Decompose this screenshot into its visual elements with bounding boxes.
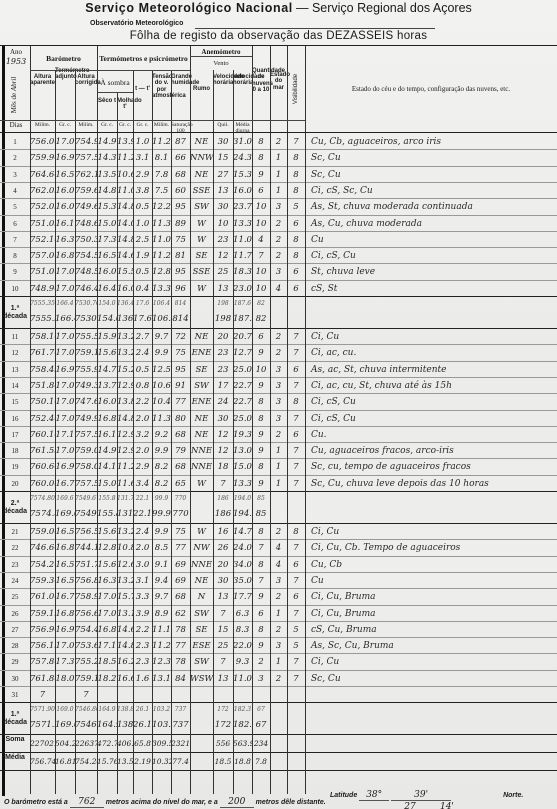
- soma-termo: 504.2: [55, 736, 75, 752]
- cell-mar: 3: [270, 573, 287, 589]
- observatory-line: [195, 28, 435, 29]
- cell-vis: 6: [287, 362, 305, 378]
- cell-nuv: 9: [252, 345, 270, 361]
- cell-dif: 3.2: [133, 427, 152, 443]
- cell-vel: 23: [213, 232, 233, 248]
- cell-mar: 2: [270, 248, 287, 264]
- table-row: 23754.2016.5751.7515.612.63.09.169NNE203…: [0, 557, 557, 573]
- decade3-rumo: [190, 717, 213, 733]
- day-number: 28: [0, 638, 30, 654]
- cell-rumo: SE: [190, 622, 213, 638]
- cell-alt_cor: 746.40: [75, 281, 97, 297]
- cell-nuv: 10: [252, 362, 270, 378]
- day-number: 27: [0, 622, 30, 638]
- cell-tensao: 7.5: [152, 183, 171, 199]
- cell-obs: As, St, chuva moderada continuada: [305, 199, 557, 215]
- cell-alt_ap: 756.15: [30, 638, 55, 654]
- soma-tensao: 309.5: [152, 736, 171, 752]
- table-row: 30761.8018.0759.1518.216.61.613.184WSW13…: [0, 671, 557, 687]
- barometro-header: Barómetro: [30, 55, 97, 63]
- cell-vmed: 13.3: [233, 476, 252, 492]
- table-row: 10748.9017.0746.4016.416.00.413.396W1323…: [0, 281, 557, 297]
- decade1-nuv: 82: [252, 311, 270, 327]
- decade1-vel: 198: [213, 311, 233, 327]
- cell-vis: 6: [287, 281, 305, 297]
- cell-dif: 1.9: [133, 248, 152, 264]
- cell-nuv: 2: [252, 654, 270, 670]
- decade2-molh: 131.7: [117, 506, 133, 522]
- cell-termo: 18.0: [55, 671, 75, 687]
- termometros-header: Termómetros e psicrómetro: [97, 55, 190, 63]
- cell-alt_ap: 751.00: [30, 264, 55, 280]
- cell-hum: 78: [171, 654, 190, 670]
- cell-hum: 68: [171, 459, 190, 475]
- decade2-vmed: 194.0: [233, 506, 252, 522]
- soma-alt_ap: 22702.05: [30, 736, 55, 752]
- cell-obs: Ci, Cu: [305, 329, 557, 345]
- cell-alt_cor: 759.65: [75, 183, 97, 199]
- table-row: 11758.1017.0755.5715.913.22.79.772NE2020…: [0, 329, 557, 345]
- cell-vis: 6: [287, 216, 305, 232]
- cell-vis: 6: [287, 427, 305, 443]
- cell-nuv: 8: [252, 134, 270, 150]
- cell-molh: [117, 687, 133, 703]
- cell-dif: 0.5: [133, 362, 152, 378]
- cell-mar: 1: [270, 654, 287, 670]
- cell-seco: 16.8: [97, 411, 117, 427]
- cell-hum: 84: [171, 671, 190, 687]
- decade2-vel: 186: [213, 494, 233, 503]
- cell-vel: 20: [213, 557, 233, 573]
- cell-vmed: 24.0: [233, 540, 252, 556]
- day-number: 13: [0, 362, 30, 378]
- cell-alt_ap: 754.20: [30, 557, 55, 573]
- decade2-alt_cor: 7549.67: [75, 494, 97, 503]
- cell-termo: 17.0: [55, 443, 75, 459]
- cell-vel: 25: [213, 638, 233, 654]
- cell-alt_cor: 749.90: [75, 411, 97, 427]
- cell-mar: 2: [270, 524, 287, 540]
- cell-tensao: 13.3: [152, 281, 171, 297]
- cell-vel: 23: [213, 362, 233, 378]
- cell-molh: 14.8: [117, 638, 133, 654]
- cell-tensao: 9.7: [152, 329, 171, 345]
- media-molh: 13.56: [117, 754, 133, 770]
- cell-rumo: SSE: [190, 183, 213, 199]
- cell-alt_ap: 762.05: [30, 183, 55, 199]
- cell-mar: 1: [270, 167, 287, 183]
- cell-obs: Ci, cS, Cu: [305, 394, 557, 410]
- cell-rumo: N: [190, 589, 213, 605]
- decade3-hum: 737: [171, 717, 190, 733]
- cell-seco: 15.0: [97, 476, 117, 492]
- cell-obs: St, chuva leve: [305, 264, 557, 280]
- cell-vis: 6: [287, 264, 305, 280]
- cell-nuv: 10: [252, 264, 270, 280]
- observation-sheet: Serviço Meteorológico Nacional — Serviço…: [0, 0, 557, 809]
- cell-vmed: 13.3: [233, 216, 252, 232]
- cell-mar: 2: [270, 216, 287, 232]
- cell-hum: 69: [171, 557, 190, 573]
- cell-hum: 80: [171, 411, 190, 427]
- latitude-degrees: 38°: [359, 790, 389, 801]
- table-row: 5752.0516.0749.6715.314.80.512.295SW3023…: [0, 199, 557, 215]
- cell-alt_ap: 757.00: [30, 248, 55, 264]
- cell-rumo: W: [190, 232, 213, 248]
- column-header-vis: Visibilidade: [293, 69, 299, 109]
- vento-header: Vento: [190, 60, 252, 67]
- cell-vis: 7: [287, 345, 305, 361]
- cell-tensao: 11.0: [152, 232, 171, 248]
- day-number: 2: [0, 150, 30, 166]
- cell-vis: 7: [287, 411, 305, 427]
- cell-vmed: 19.3: [233, 427, 252, 443]
- decade1-vel: 198: [213, 299, 233, 308]
- cell-dif: 2.7: [133, 329, 152, 345]
- cell-alt_cor: 748.66: [75, 216, 97, 232]
- cell-molh: 13.2: [117, 329, 133, 345]
- cell-vmed: 15.0: [233, 459, 252, 475]
- cell-alt_cor: 755.57: [75, 329, 97, 345]
- table-row: 25761.0016.7758.9217.015.73.39.768N1317.…: [0, 589, 557, 605]
- cell-alt_cor: 749.67: [75, 199, 97, 215]
- column-unit-dif: Gr. c.: [133, 122, 152, 128]
- cell-seco: 14.3: [97, 150, 117, 166]
- cell-tensao: 11.3: [152, 216, 171, 232]
- decade1-rumo: [190, 299, 213, 308]
- cell-tensao: 9.1: [152, 557, 171, 573]
- cell-alt_cor: 756.84: [75, 573, 97, 589]
- table-row: 7752.1016.3750.3717.314.82.511.075W2311.…: [0, 232, 557, 248]
- column-unit-alt_ap: Milím.: [30, 122, 55, 128]
- cell-vmed: 15.3: [233, 167, 252, 183]
- cell-nuv: 9: [252, 167, 270, 183]
- cell-termo: 16.3: [55, 232, 75, 248]
- cell-hum: 78: [171, 622, 190, 638]
- cell-tensao: 10.6: [152, 378, 171, 394]
- cell-obs: [305, 687, 557, 703]
- cell-dif: 3.3: [133, 589, 152, 605]
- decade3-vel: 172: [213, 705, 233, 714]
- cell-seco: [97, 687, 117, 703]
- cell-vis: 5: [287, 622, 305, 638]
- cell-obs: Sc, Cu: [305, 150, 557, 166]
- cell-nuv: 7: [252, 248, 270, 264]
- cell-molh: 10.6: [117, 167, 133, 183]
- cell-vel: 13: [213, 281, 233, 297]
- table-row: 29757.8017.3755.2318.516.22.312.378SW79.…: [0, 654, 557, 670]
- cell-seco: 15.0: [97, 216, 117, 232]
- cell-mar: 2: [270, 427, 287, 443]
- cell-tensao: [152, 687, 171, 703]
- cell-termo: 16.9: [55, 150, 75, 166]
- cell-seco: 13.7: [97, 378, 117, 394]
- day-number: 23: [0, 557, 30, 573]
- decade1-nuv: 82: [252, 299, 270, 308]
- column-header-vmed: Velocidade horária: [233, 74, 252, 87]
- cell-termo: 17.0: [55, 394, 75, 410]
- cell-dif: 3.9: [133, 606, 152, 622]
- decade3-alt_ap: 7571.90: [30, 705, 55, 714]
- cell-hum: 89: [171, 216, 190, 232]
- decade1-termo: 166.4: [55, 311, 75, 327]
- cell-alt_ap: 761.00: [30, 589, 55, 605]
- cell-vel: 23: [213, 345, 233, 361]
- sheet-title: Serviço Meteorológico Nacional — Serviço…: [0, 1, 557, 16]
- cell-tensao: 11.2: [152, 134, 171, 150]
- media-hum: 77.4: [171, 754, 190, 770]
- table-row: 22746.6016.8744.1412.810.82.08.577NW2624…: [0, 540, 557, 556]
- cell-alt_cor: 756.65: [75, 606, 97, 622]
- cell-seco: 17.0: [97, 589, 117, 605]
- column-header-tensao: Tensão do v. por atmosférica: [152, 74, 171, 99]
- table-row: 19760.6016.9758.014.111.22.98.268NNE1815…: [0, 459, 557, 475]
- column-unit-seco: Gr. c.: [97, 122, 117, 128]
- cell-vis: 7: [287, 459, 305, 475]
- cell-alt_cor: 748.50: [75, 264, 97, 280]
- cell-vis: 7: [287, 378, 305, 394]
- cell-mar: 4: [270, 540, 287, 556]
- cell-tensao: 13.1: [152, 671, 171, 687]
- cell-molh: 13.2: [117, 345, 133, 361]
- cell-vis: 7: [287, 540, 305, 556]
- cell-molh: 13.9: [117, 134, 133, 150]
- cell-obs: Ci, Cu, Bruma: [305, 606, 557, 622]
- cell-mar: 3: [270, 638, 287, 654]
- decade2-tensao: 99.9: [152, 494, 171, 503]
- column-unit-tensao: Milím.: [152, 122, 171, 128]
- cell-alt_ap: 750.10: [30, 394, 55, 410]
- cell-dif: 3.1: [133, 150, 152, 166]
- cell-termo: 16.5: [55, 573, 75, 589]
- cell-rumo: NE: [190, 134, 213, 150]
- cell-alt_cor: 750.37: [75, 232, 97, 248]
- cell-alt_cor: 759.15: [75, 671, 97, 687]
- media-vmed: 18.8: [233, 754, 252, 770]
- cell-vmed: 34.0: [233, 557, 252, 573]
- cell-termo: 17.1: [55, 427, 75, 443]
- cell-molh: 10.8: [117, 540, 133, 556]
- cell-nuv: 8: [252, 394, 270, 410]
- cell-alt_ap: 759.15: [30, 606, 55, 622]
- soma-label: Soma: [0, 736, 30, 744]
- cell-vmed: 14.7: [233, 524, 252, 540]
- cell-seco: 15.6: [97, 524, 117, 540]
- cell-termo: 16.9: [55, 622, 75, 638]
- decade1-hum: 814: [171, 311, 190, 327]
- cell-seco: 15.3: [97, 199, 117, 215]
- cell-molh: 14.6: [117, 248, 133, 264]
- table-row: 20760.0016.7757.5215.011.63.48.265W713.3…: [0, 476, 557, 492]
- cell-vis: 8: [287, 167, 305, 183]
- cell-alt_cor: 749.3: [75, 378, 97, 394]
- decade1-alt_cor: 7530.76: [75, 299, 97, 308]
- cell-vmed: 31.0: [233, 134, 252, 150]
- cell-tensao: 12.5: [152, 362, 171, 378]
- cell-seco: 16.1: [97, 427, 117, 443]
- cell-rumo: NNE: [190, 443, 213, 459]
- cell-termo: 16.5: [55, 557, 75, 573]
- decade3-vel: 172: [213, 717, 233, 733]
- cell-dif: 3.0: [133, 557, 152, 573]
- cell-seco: 17.3: [97, 232, 117, 248]
- cell-alt_cor: 758.92: [75, 589, 97, 605]
- cell-termo: 17.0: [55, 345, 75, 361]
- cell-dif: 0.8: [133, 378, 152, 394]
- column-unit-molh: Gr. c.: [117, 122, 133, 128]
- cell-termo: [55, 687, 75, 703]
- cell-obs: Ci, Cu: [305, 524, 557, 540]
- cell-molh: 16.6: [117, 671, 133, 687]
- cell-vis: 7: [287, 654, 305, 670]
- cell-alt_cor: 7: [75, 687, 97, 703]
- cell-mar: 3: [270, 378, 287, 394]
- cell-hum: 68: [171, 589, 190, 605]
- cell-mar: 3: [270, 264, 287, 280]
- decade3-dif: 26.1: [133, 705, 152, 714]
- cell-dif: 1.0: [133, 134, 152, 150]
- cell-seco: 15.6: [97, 557, 117, 573]
- cell-alt_ap: 752.05: [30, 199, 55, 215]
- decade3-alt_cor: 7546.86: [75, 705, 97, 714]
- cell-alt_cor: 755.94: [75, 362, 97, 378]
- cell-vmed: 17.7: [233, 589, 252, 605]
- table-row: 14751.8017.0749.313.712.90.810.691SW1722…: [0, 378, 557, 394]
- cell-nuv: 9: [252, 427, 270, 443]
- cell-termo: 17.0: [55, 329, 75, 345]
- cell-vel: 12: [213, 443, 233, 459]
- decade3-molh: 138.8: [117, 705, 133, 714]
- cell-rumo: NNE: [190, 459, 213, 475]
- decade3-label: 1.ª década: [0, 711, 30, 726]
- cell-rumo: SW: [190, 606, 213, 622]
- cell-mar: 1: [270, 476, 287, 492]
- cell-vmed: 8.3: [233, 622, 252, 638]
- day-number: 5: [0, 199, 30, 215]
- cell-alt_ap: 746.60: [30, 540, 55, 556]
- cell-seco: 15.9: [97, 329, 117, 345]
- cell-alt_ap: 761.70: [30, 345, 55, 361]
- cell-seco: 14.1: [97, 459, 117, 475]
- cell-alt_ap: 761.55: [30, 443, 55, 459]
- table-row: 18761.5517.0759.0214.912.92.09.979NNE121…: [0, 443, 557, 459]
- table-row: 26759.1516.8756.6517.013.13.98.962SW76.3…: [0, 606, 557, 622]
- cell-molh: 14.8: [117, 232, 133, 248]
- cell-alt_cor: 759.02: [75, 443, 97, 459]
- cell-tensao: 8.2: [152, 476, 171, 492]
- cell-vis: 8: [287, 183, 305, 199]
- cell-dif: 1.0: [133, 216, 152, 232]
- cell-dif: 2.3: [133, 638, 152, 654]
- cell-vmed: 22.7: [233, 394, 252, 410]
- cell-vmed: 22.7: [233, 378, 252, 394]
- table-row: 16752.4017.0749.9016.814.82.011.380NE302…: [0, 411, 557, 427]
- cell-obs: cS, Cu, Bruma: [305, 622, 557, 638]
- cell-vmed: 13.0: [233, 443, 252, 459]
- cell-nuv: 4: [252, 232, 270, 248]
- cell-vmed: 11.7: [233, 248, 252, 264]
- cell-nuv: 8: [252, 150, 270, 166]
- cell-alt_ap: 756.90: [30, 622, 55, 638]
- cell-vis: 7: [287, 671, 305, 687]
- cell-hum: 91: [171, 378, 190, 394]
- cell-mar: 3: [270, 199, 287, 215]
- cell-hum: 95: [171, 362, 190, 378]
- media-label: Média: [0, 754, 30, 762]
- decade2-nuv: 85: [252, 506, 270, 522]
- cell-vel: 13: [213, 183, 233, 199]
- cell-dif: 2.4: [133, 345, 152, 361]
- cell-alt_cor: 755.23: [75, 654, 97, 670]
- column-header-vel: Velocidade horária: [213, 74, 233, 87]
- cell-nuv: 9: [252, 443, 270, 459]
- cell-molh: 11.6: [117, 476, 133, 492]
- cell-rumo: ESE: [190, 638, 213, 654]
- cell-mar: [270, 687, 287, 703]
- media-alt_cor: 754.24: [75, 754, 97, 770]
- estado-ceu-header: Estado do céu e do tempo, configuração d…: [305, 86, 557, 94]
- decade1-rumo: [190, 311, 213, 327]
- cell-nuv: 10: [252, 281, 270, 297]
- observation-table: Ano 1953 Mês de Abril Dias Barómetro Ter…: [0, 46, 557, 794]
- cell-termo: 16.8: [55, 248, 75, 264]
- cell-termo: 16.7: [55, 589, 75, 605]
- cell-hum: 60: [171, 183, 190, 199]
- cell-rumo: NW: [190, 540, 213, 556]
- cell-tensao: 8.9: [152, 606, 171, 622]
- cell-obs: Cu.: [305, 427, 557, 443]
- longitude-partial: 27 14': [395, 802, 467, 809]
- cell-alt_ap: 757.80: [30, 654, 55, 670]
- decade2-hum: 770: [171, 506, 190, 522]
- cell-molh: 13.8: [117, 394, 133, 410]
- decade2-tensao: 99.9: [152, 506, 171, 522]
- cell-termo: 17.0: [55, 378, 75, 394]
- cell-seco: 16.4: [97, 281, 117, 297]
- cell-termo: 16.1: [55, 216, 75, 232]
- cell-molh: 14.8: [117, 411, 133, 427]
- column-header-molh: Molhado t': [117, 98, 133, 111]
- cell-obs: As, Cu, chuva moderada: [305, 216, 557, 232]
- cell-molh: 16.2: [117, 654, 133, 670]
- table-row: 1756.0017.0754.914.913.91.011.287NE3031.…: [0, 134, 557, 150]
- decade1-molh: 136.4: [117, 299, 133, 308]
- cell-vis: 6: [287, 557, 305, 573]
- cell-vmed: 22.0: [233, 638, 252, 654]
- cell-termo: 16.8: [55, 606, 75, 622]
- decade1-tensao: 106.4: [152, 311, 171, 327]
- cell-alt_ap: 758.10: [30, 329, 55, 345]
- cell-obs: Ci, ac, cu.: [305, 345, 557, 361]
- cell-hum: 65: [171, 476, 190, 492]
- cell-dif: 2.0: [133, 443, 152, 459]
- day-number: 20: [0, 476, 30, 492]
- cell-hum: 95: [171, 199, 190, 215]
- day-number: 3: [0, 167, 30, 183]
- cell-alt_cor: 762.12: [75, 167, 97, 183]
- cell-molh: 13.1: [117, 606, 133, 622]
- cell-tensao: 11.2: [152, 248, 171, 264]
- cell-vis: 7: [287, 329, 305, 345]
- cell-nuv: [252, 687, 270, 703]
- decade1-alt_ap: 7555.35: [30, 299, 55, 308]
- cell-obs: Ci, cS, Cu: [305, 248, 557, 264]
- day-number: 6: [0, 216, 30, 232]
- cell-tensao: 8.5: [152, 540, 171, 556]
- day-number: 31: [0, 687, 30, 703]
- cell-vel: 30: [213, 134, 233, 150]
- barometer-distance: 200: [220, 797, 254, 808]
